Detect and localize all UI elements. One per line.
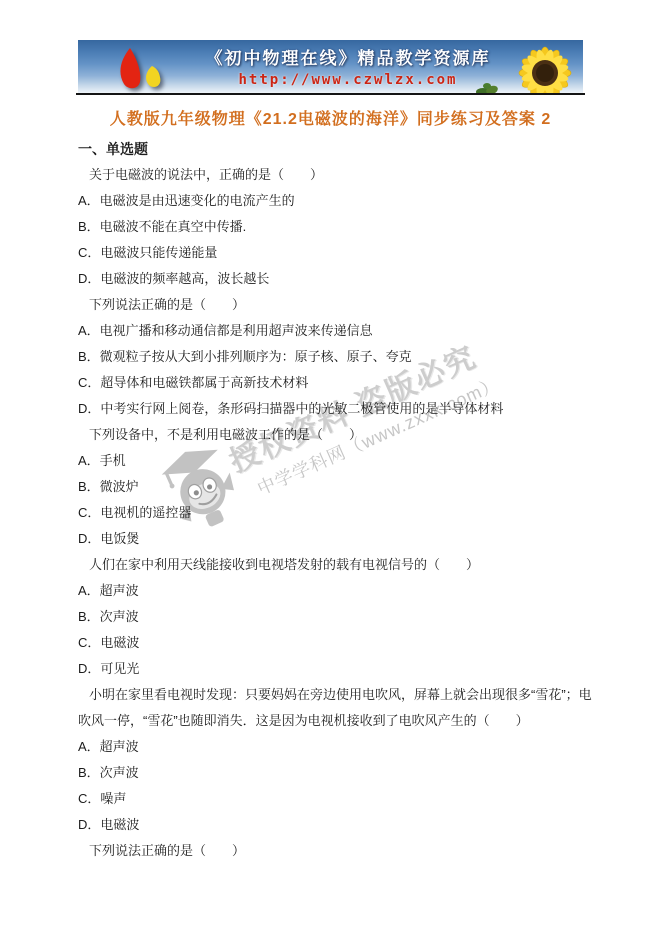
- site-banner: 《初中物理在线》精品教学资源库 http://www.czwlzx.com: [78, 40, 583, 93]
- header-divider: [76, 93, 585, 95]
- question-2-option-a: A．电视广播和移动通信都是利用超声波来传递信息: [78, 318, 598, 344]
- question-5-option-c: C．噪声: [78, 786, 598, 812]
- question-1-option-b: B．电磁波不能在真空中传播.: [78, 214, 598, 240]
- question-3-option-b: B．微波炉: [78, 474, 598, 500]
- question-4-option-b: B．次声波: [78, 604, 598, 630]
- question-3-option-a: A．手机: [78, 448, 598, 474]
- question-1-option-a: A．电磁波是由迅速变化的电流产生的: [78, 188, 598, 214]
- site-name: 《初中物理在线》精品教学资源库: [173, 44, 523, 69]
- banner-text-block: 《初中物理在线》精品教学资源库 http://www.czwlzx.com: [173, 44, 523, 88]
- question-4-option-c: C．电磁波: [78, 630, 598, 656]
- question-5-option-b: B．次声波: [78, 760, 598, 786]
- section-heading: 一、单选题: [78, 136, 598, 162]
- question-3-stem: 下列设备中，不是利用电磁波工作的是（ ）: [78, 422, 598, 448]
- question-1-option-c: C．电磁波只能传递能量: [78, 240, 598, 266]
- question-5-option-d: D．电磁波: [78, 812, 598, 838]
- question-5-stem: 小明在家里看电视时发现：只要妈妈在旁边使用电吹风，屏幕上就会出现很多“雪花”；电…: [78, 682, 598, 734]
- question-2-option-c: C．超导体和电磁铁都属于高新技术材料: [78, 370, 598, 396]
- sunflower-image: [495, 40, 583, 93]
- question-1-option-d: D．电磁波的频率越高，波长越长: [78, 266, 598, 292]
- site-url: http://www.czwlzx.com: [173, 72, 523, 88]
- question-6-stem: 下列说法正确的是（ ）: [78, 838, 598, 864]
- question-2-option-d: D．中考实行网上阅卷，条形码扫描器中的光敏二极管使用的是半导体材料: [78, 396, 598, 422]
- question-5-option-a: A．超声波: [78, 734, 598, 760]
- question-4-option-a: A．超声波: [78, 578, 598, 604]
- worksheet-body: 一、单选题 关于电磁波的说法中，正确的是（ ） A．电磁波是由迅速变化的电流产生…: [78, 136, 598, 864]
- question-3-option-c: C．电视机的遥控器: [78, 500, 598, 526]
- question-1-stem: 关于电磁波的说法中，正确的是（ ）: [78, 162, 598, 188]
- question-4-option-d: D．可见光: [78, 656, 598, 682]
- question-3-option-d: D．电饭煲: [78, 526, 598, 552]
- question-2-option-b: B．微观粒子按从大到小排列顺序为：原子核、原子、夸克: [78, 344, 598, 370]
- page-title: 人教版九年级物理《21.2电磁波的海洋》同步练习及答案 2: [0, 106, 661, 129]
- question-2-stem: 下列说法正确的是（ ）: [78, 292, 598, 318]
- question-4-stem: 人们在家中利用天线能接收到电视塔发射的载有电视信号的（ ）: [78, 552, 598, 578]
